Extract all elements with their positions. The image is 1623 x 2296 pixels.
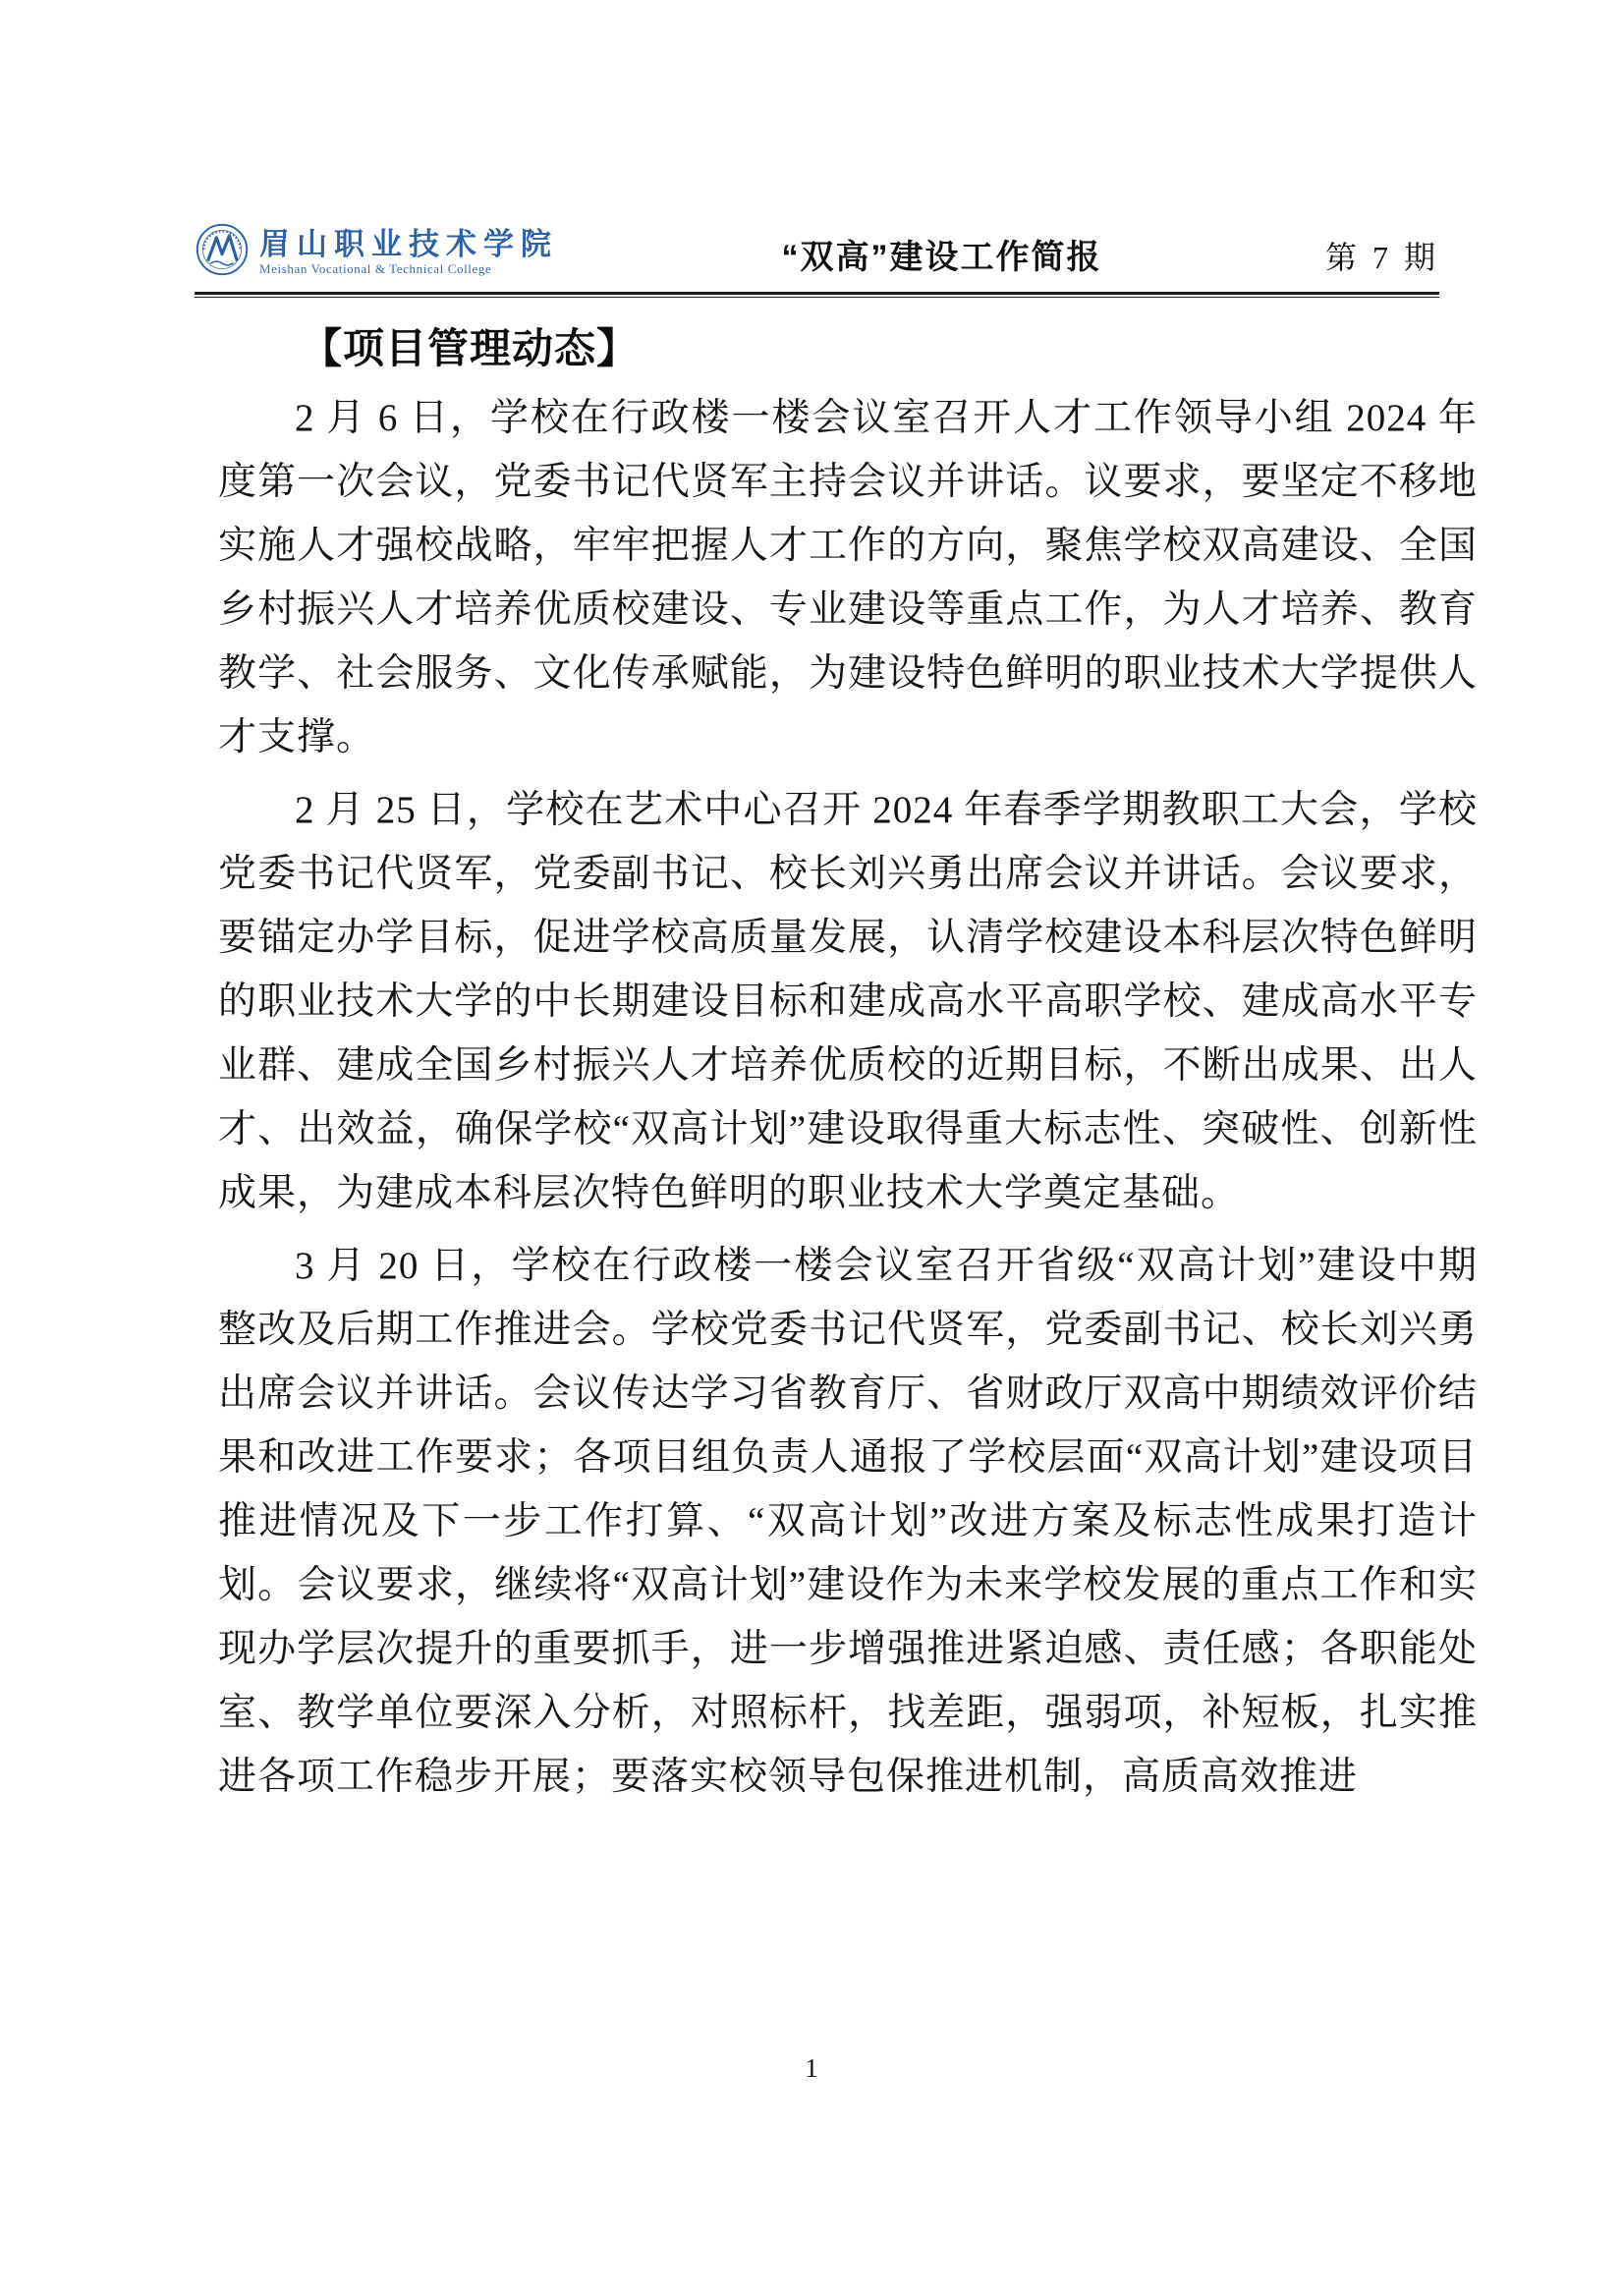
school-name-en: Meishan Vocational & Technical College <box>259 261 558 277</box>
header-divider-thick-line <box>195 292 1439 295</box>
header-divider-thin-line <box>195 297 1439 298</box>
school-name-cn: 眉山职业技术学院 <box>259 228 558 261</box>
section-heading: 【项目管理动态】 <box>218 317 1478 380</box>
bulletin-title: “双高”建设工作简报 <box>781 230 1101 282</box>
body-paragraph: 2 月 25 日，学校在艺术中心召开 2024 年春季学期教职工大会，学校党委书… <box>218 778 1478 1225</box>
school-seal-icon <box>195 222 250 282</box>
document-page: 眉山职业技术学院 Meishan Vocational & Technical … <box>0 0 1623 2296</box>
issue-number: 第 7 期 <box>1325 233 1439 282</box>
school-name-block: 眉山职业技术学院 Meishan Vocational & Technical … <box>259 228 558 277</box>
document-body: 【项目管理动态】 2 月 6 日，学校在行政楼一楼会议室召开人才工作领导小组 2… <box>218 317 1478 1818</box>
body-paragraph: 2 月 6 日，学校在行政楼一楼会议室召开人才工作领导小组 2024 年度第一次… <box>218 386 1478 769</box>
page-number: 1 <box>0 2053 1623 2084</box>
school-logo: 眉山职业技术学院 Meishan Vocational & Technical … <box>195 222 558 282</box>
header-divider <box>195 292 1439 298</box>
paragraphs: 2 月 6 日，学校在行政楼一楼会议室召开人才工作领导小组 2024 年度第一次… <box>218 386 1478 1809</box>
body-paragraph: 3 月 20 日，学校在行政楼一楼会议室召开省级“双高计划”建设中期整改及后期工… <box>218 1234 1478 1809</box>
page-header: 眉山职业技术学院 Meishan Vocational & Technical … <box>195 222 1439 282</box>
